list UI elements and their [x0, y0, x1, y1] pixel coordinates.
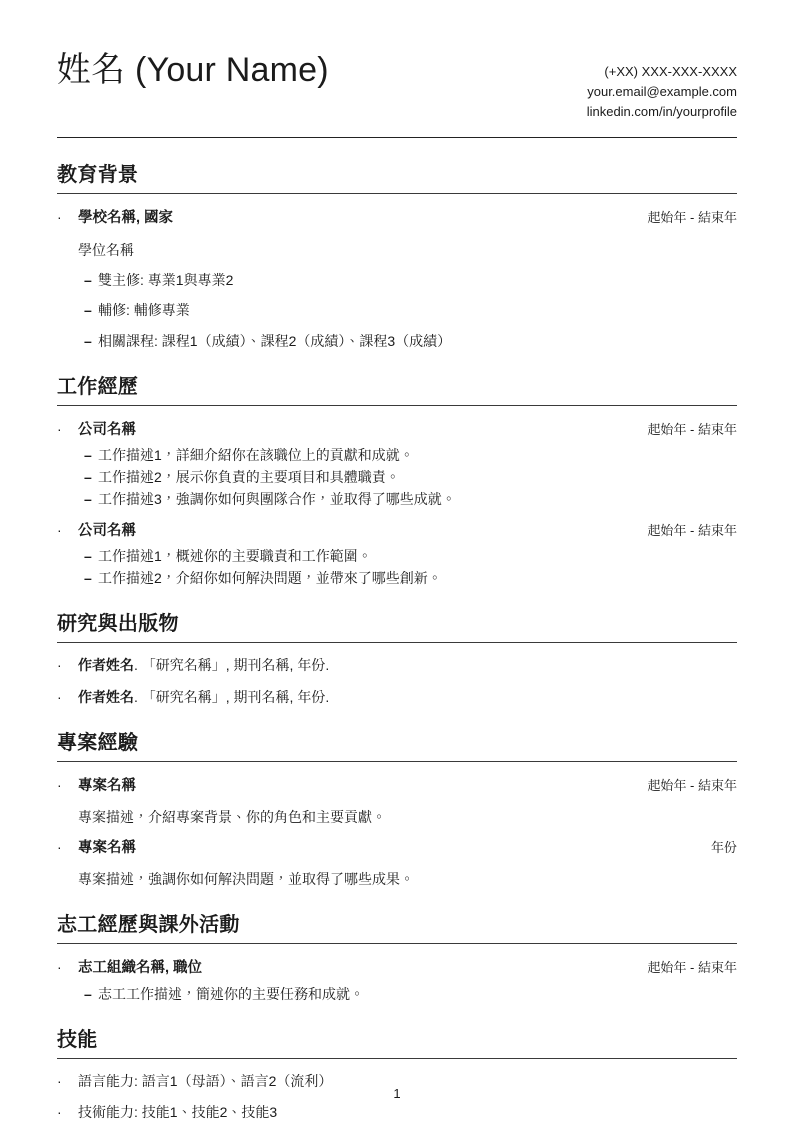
phone-number: (+XX) XXX-XXX-XXXX [587, 62, 737, 82]
dash-marker: – [84, 570, 98, 588]
work-bullet-item: – 工作描述2，展示你負責的主要項目和具體職責。 [57, 469, 737, 487]
dash-marker: – [84, 302, 98, 320]
volunteer-date: 起始年 - 結束年 [647, 960, 737, 977]
education-date: 起始年 - 結束年 [647, 210, 737, 227]
publication-item: · 作者姓名. 「研究名稱」, 期刊名稱, 年份. [57, 656, 737, 674]
bullet-marker: · [57, 656, 78, 674]
bullet-marker: · [57, 777, 78, 793]
bullet-marker: · [57, 688, 78, 706]
education-entry: · 學校名稱, 國家 起始年 - 結束年 [57, 209, 737, 227]
bullet-marker: · [57, 209, 78, 225]
dash-marker: – [84, 447, 98, 465]
section-heading-skills: 技能 [57, 1028, 737, 1059]
publication-citation: . 「研究名稱」, 期刊名稱, 年份. [134, 689, 329, 705]
section-heading-volunteer: 志工經歷與課外活動 [57, 913, 737, 944]
work-date: 起始年 - 結束年 [647, 422, 737, 439]
company-name: 公司名稱 [78, 421, 136, 439]
publication-item: · 作者姓名. 「研究名稱」, 期刊名稱, 年份. [57, 688, 737, 706]
linkedin-url: linkedin.com/in/yourprofile [587, 102, 737, 122]
school-name: 學校名稱, 國家 [78, 209, 173, 227]
volunteer-bullet-item: – 志工工作描述，簡述你的主要任務和成就。 [57, 986, 737, 1004]
company-name: 公司名稱 [78, 522, 136, 540]
section-work: 工作經歷 · 公司名稱 起始年 - 結束年 – 工作描述1，詳細介紹你在該職位上… [57, 375, 737, 587]
bullet-marker: · [57, 522, 78, 538]
bullet-marker: · [57, 1103, 78, 1121]
work-bullet-item: – 工作描述3，強調你如何與團隊合作，並取得了哪些成就。 [57, 491, 737, 509]
degree-name: 學位名稱 [78, 241, 737, 259]
work-bullet-text: 工作描述1，詳細介紹你在該職位上的貢獻和成就。 [98, 447, 414, 465]
bullet-marker: · [57, 959, 78, 975]
work-bullet-list: – 工作描述1，概述你的主要職責和工作範圍。 – 工作描述2，介紹你如何解決問題… [57, 548, 737, 588]
volunteer-bullet-list: – 志工工作描述，簡述你的主要任務和成就。 [57, 986, 737, 1004]
bullet-marker: · [57, 421, 78, 437]
author-name: 作者姓名 [78, 689, 134, 705]
section-research: 研究與出版物 · 作者姓名. 「研究名稱」, 期刊名稱, 年份. · 作者姓名.… [57, 612, 737, 705]
project-entry: · 專案名稱 年份 專案描述，強調你如何解決問題，並取得了哪些成果。 [57, 839, 737, 888]
work-entry: · 公司名稱 起始年 - 結束年 – 工作描述1，概述你的主要職責和工作範圍。 … [57, 522, 737, 588]
project-date: 起始年 - 結束年 [647, 778, 737, 795]
education-detail-item: – 輔修: 輔修專業 [57, 302, 737, 320]
work-date: 起始年 - 結束年 [647, 523, 737, 540]
contact-info: (+XX) XXX-XXX-XXXX your.email@example.co… [587, 62, 737, 122]
section-skills: 技能 · 語言能力: 語言1（母語）、語言2（流利） · 技術能力: 技能1、技… [57, 1028, 737, 1121]
volunteer-entry: · 志工組織名稱, 職位 起始年 - 結束年 [57, 959, 737, 977]
project-name: 專案名稱 [78, 839, 136, 857]
section-heading-education: 教育背景 [57, 163, 737, 194]
education-detail-text: 輔修: 輔修專業 [98, 302, 190, 320]
dash-marker: – [84, 986, 98, 1004]
work-bullet-text: 工作描述2，介紹你如何解決問題，並帶來了哪些創新。 [98, 570, 442, 588]
work-bullet-list: – 工作描述1，詳細介紹你在該職位上的貢獻和成就。 – 工作描述2，展示你負責的… [57, 447, 737, 509]
work-bullet-text: 工作描述3，強調你如何與團隊合作，並取得了哪些成就。 [98, 491, 456, 509]
skill-text: 技術能力: 技能1、技能2、技能3 [78, 1103, 277, 1121]
section-heading-research: 研究與出版物 [57, 612, 737, 643]
publication-citation: . 「研究名稱」, 期刊名稱, 年份. [134, 657, 329, 673]
dash-marker: – [84, 491, 98, 509]
section-volunteer: 志工經歷與課外活動 · 志工組織名稱, 職位 起始年 - 結束年 – 志工工作描… [57, 913, 737, 1003]
dash-marker: – [84, 272, 98, 290]
resume-page: 姓名 (Your Name) (+XX) XXX-XXX-XXXX your.e… [0, 0, 794, 1123]
work-bullet-item: – 工作描述1，概述你的主要職責和工作範圍。 [57, 548, 737, 566]
dash-marker: – [84, 548, 98, 566]
education-detail-item: – 相關課程: 課程1（成績）、課程2（成績）、課程3（成績） [57, 333, 737, 351]
author-name: 作者姓名 [78, 657, 134, 673]
skill-item: · 技術能力: 技能1、技能2、技能3 [57, 1103, 737, 1121]
name-title: 姓名 (Your Name) [57, 50, 329, 91]
education-detail-text: 相關課程: 課程1（成績）、課程2（成績）、課程3（成績） [98, 333, 451, 351]
project-description: 專案描述，介紹專案背景、你的角色和主要貢獻。 [78, 808, 737, 826]
work-bullet-item: – 工作描述1，詳細介紹你在該職位上的貢獻和成就。 [57, 447, 737, 465]
project-name: 專案名稱 [78, 777, 136, 795]
page-number: 1 [0, 1086, 794, 1101]
resume-header: 姓名 (Your Name) (+XX) XXX-XXX-XXXX your.e… [57, 50, 737, 138]
education-detail-text: 雙主修: 專業1與專業2 [98, 272, 233, 290]
section-projects: 專案經驗 · 專案名稱 起始年 - 結束年 專案描述，介紹專案背景、你的角色和主… [57, 731, 737, 889]
volunteer-bullet-text: 志工工作描述，簡述你的主要任務和成就。 [98, 986, 364, 1004]
education-detail-list: – 雙主修: 專業1與專業2 – 輔修: 輔修專業 – 相關課程: 課程1（成績… [57, 272, 737, 351]
section-heading-work: 工作經歷 [57, 375, 737, 406]
work-entry: · 公司名稱 起始年 - 結束年 – 工作描述1，詳細介紹你在該職位上的貢獻和成… [57, 421, 737, 509]
work-bullet-text: 工作描述1，概述你的主要職責和工作範圍。 [98, 548, 372, 566]
project-entry: · 專案名稱 起始年 - 結束年 專案描述，介紹專案背景、你的角色和主要貢獻。 [57, 777, 737, 826]
project-date: 年份 [711, 840, 737, 857]
work-bullet-text: 工作描述2，展示你負責的主要項目和具體職責。 [98, 469, 400, 487]
project-description: 專案描述，強調你如何解決問題，並取得了哪些成果。 [78, 870, 737, 888]
section-education: 教育背景 · 學校名稱, 國家 起始年 - 結束年 學位名稱 – 雙主修: 專業… [57, 163, 737, 350]
email-address: your.email@example.com [587, 82, 737, 102]
volunteer-org: 志工組織名稱, 職位 [78, 959, 202, 977]
dash-marker: – [84, 469, 98, 487]
education-detail-item: – 雙主修: 專業1與專業2 [57, 272, 737, 290]
dash-marker: – [84, 333, 98, 351]
work-bullet-item: – 工作描述2，介紹你如何解決問題，並帶來了哪些創新。 [57, 570, 737, 588]
section-heading-projects: 專案經驗 [57, 731, 737, 762]
bullet-marker: · [57, 839, 78, 855]
